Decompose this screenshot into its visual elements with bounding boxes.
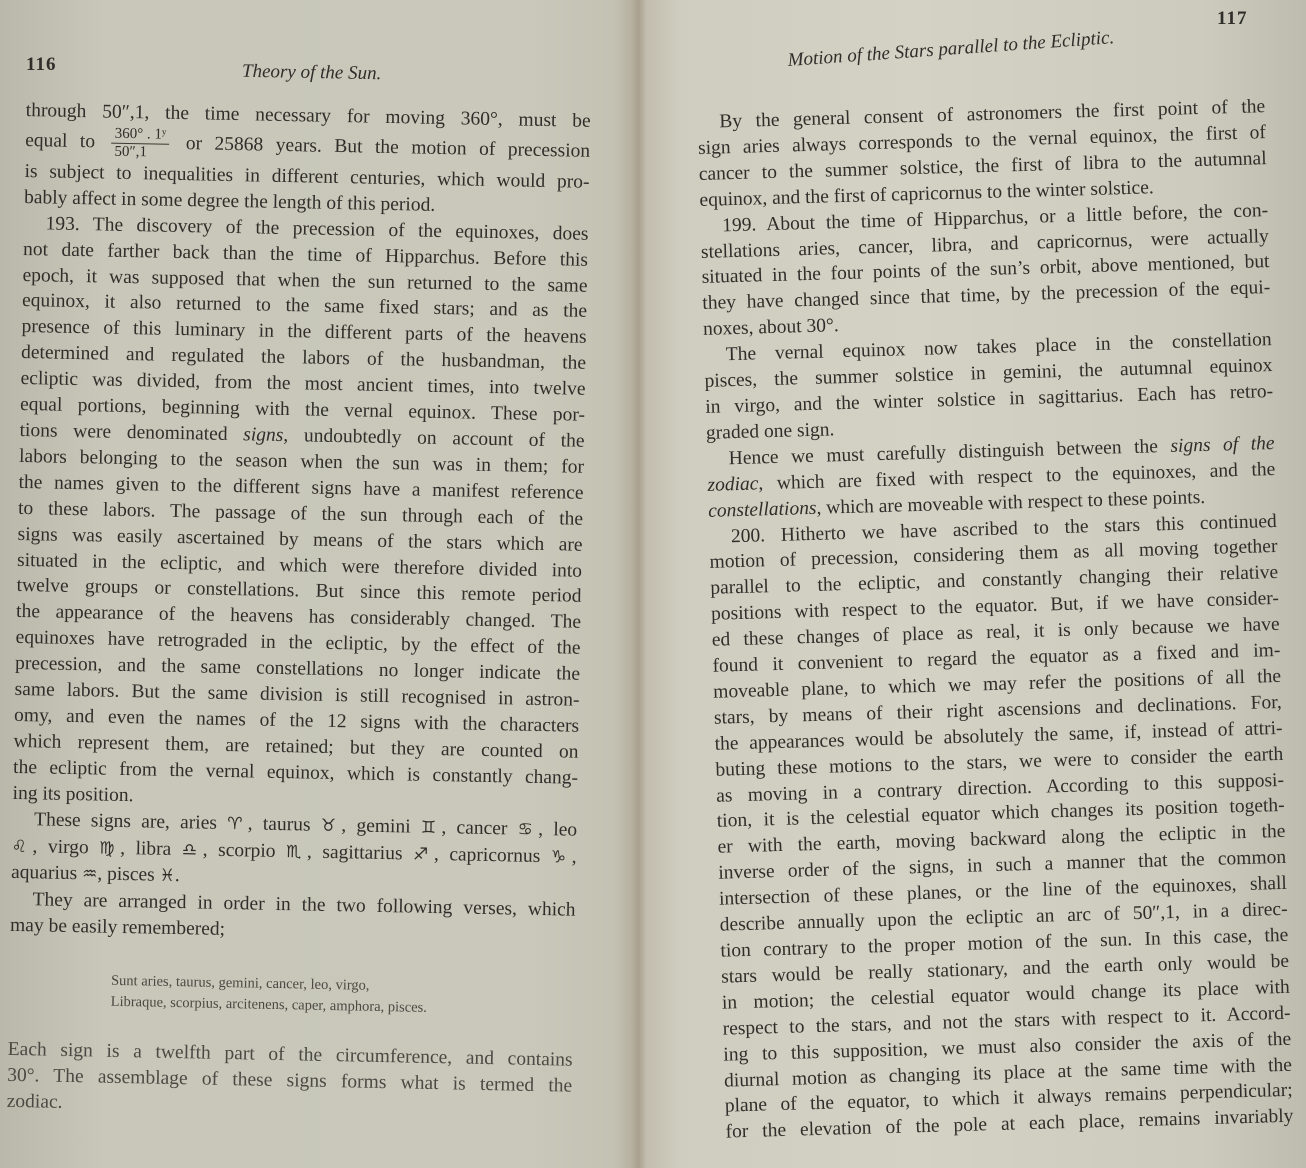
page-number-left: 116	[26, 54, 56, 76]
running-title-left: Theory of the Sun.	[242, 61, 382, 85]
italic-term: signs of the	[1170, 433, 1275, 457]
equal-to-label: equal to	[25, 130, 95, 152]
fraction-numerator: 360° . 1ʸ	[112, 126, 170, 145]
running-title-right: Motion of the Stars parallel to the Ecli…	[787, 27, 1115, 72]
vernal-equinox-paragraph: The vernal equinox now takes place in th…	[704, 327, 1275, 446]
fraction-denominator: 50″,1	[111, 144, 169, 162]
left-page-body: through 50″,1, the time necessary for mo…	[6, 98, 590, 1126]
sign-name-pisces: pisces	[107, 864, 155, 886]
intro-paragraph: By the general consent of astronomers th…	[697, 94, 1268, 213]
left-page: 116 Theory of the Sun. through 50″,1, th…	[0, 0, 618, 1168]
sign-name-virgo: virgo	[48, 836, 89, 858]
paragraph-193: 193. The discovery of the precession of …	[12, 211, 588, 818]
sign-name-leo: leo	[553, 819, 577, 840]
fraction: 360° . 1ʸ 50″,1	[111, 126, 169, 162]
capricornus-icon: ♑	[551, 847, 572, 867]
sign-name-capricornus: capricornus	[449, 844, 540, 867]
sign-name-sagittarius: sagittarius	[322, 841, 403, 864]
leo-icon: ♌	[11, 836, 32, 856]
gemini-icon: ♊	[421, 817, 442, 837]
italic-term-signs: signs	[243, 424, 284, 446]
libra-icon: ♎	[182, 840, 203, 860]
italic-term: constellations	[708, 497, 817, 521]
pisces-icon: ♓	[159, 866, 175, 886]
paragraph-199: 199. About the time of Hipparchus, or a …	[700, 198, 1271, 343]
verses-intro-paragraph: They are arranged in order in the two fo…	[10, 887, 576, 950]
sign-name-aries: aries	[180, 812, 217, 834]
text-fragment: , undoubtedly on account of the	[283, 425, 585, 452]
sign-name-aquarius: aquarius	[11, 862, 77, 884]
open-book-spread: 116 Theory of the Sun. through 50″,1, th…	[0, 0, 1306, 1168]
text-fragment: These signs are,	[34, 809, 170, 833]
sign-name-gemini: gemini	[356, 815, 411, 837]
sign-name-cancer: cancer	[456, 817, 507, 839]
virgo-icon: ♍	[99, 838, 120, 858]
text-fragment: or 25868 years. But the motion of preces…	[186, 133, 591, 162]
page-number-right: 117	[1217, 8, 1247, 30]
sign-name-libra: libra	[135, 838, 171, 860]
closing-paragraph: Each sign is a twelfth part of the circu…	[6, 1037, 572, 1126]
taurus-icon: ♉	[321, 815, 342, 835]
paragraph-200: 200. Hitherto we have ascribed to the st…	[709, 508, 1294, 1145]
latin-verses: Sunt aries, taurus, gemini, cancer, leo,…	[8, 969, 574, 1022]
italic-term: zodiac	[707, 473, 758, 495]
aquarius-icon: ♒	[82, 865, 98, 885]
right-page-body: By the general consent of astronomers th…	[697, 94, 1294, 1146]
signs-vs-constellations-paragraph: Hence we must carefully distinguish betw…	[706, 431, 1276, 525]
sign-name-scorpio: scorpio	[218, 839, 276, 861]
aries-icon: ♈	[227, 814, 248, 834]
sagittarius-icon: ♐	[413, 844, 434, 864]
scorpio-icon: ♏	[286, 842, 307, 862]
zodiac-signs-paragraph: These signs are, aries ♈, taurus ♉, gemi…	[11, 806, 577, 898]
cancer-icon: ♋	[517, 819, 538, 839]
sign-name-taurus: taurus	[263, 813, 311, 835]
text-fragment: tions were denominated	[19, 420, 243, 445]
